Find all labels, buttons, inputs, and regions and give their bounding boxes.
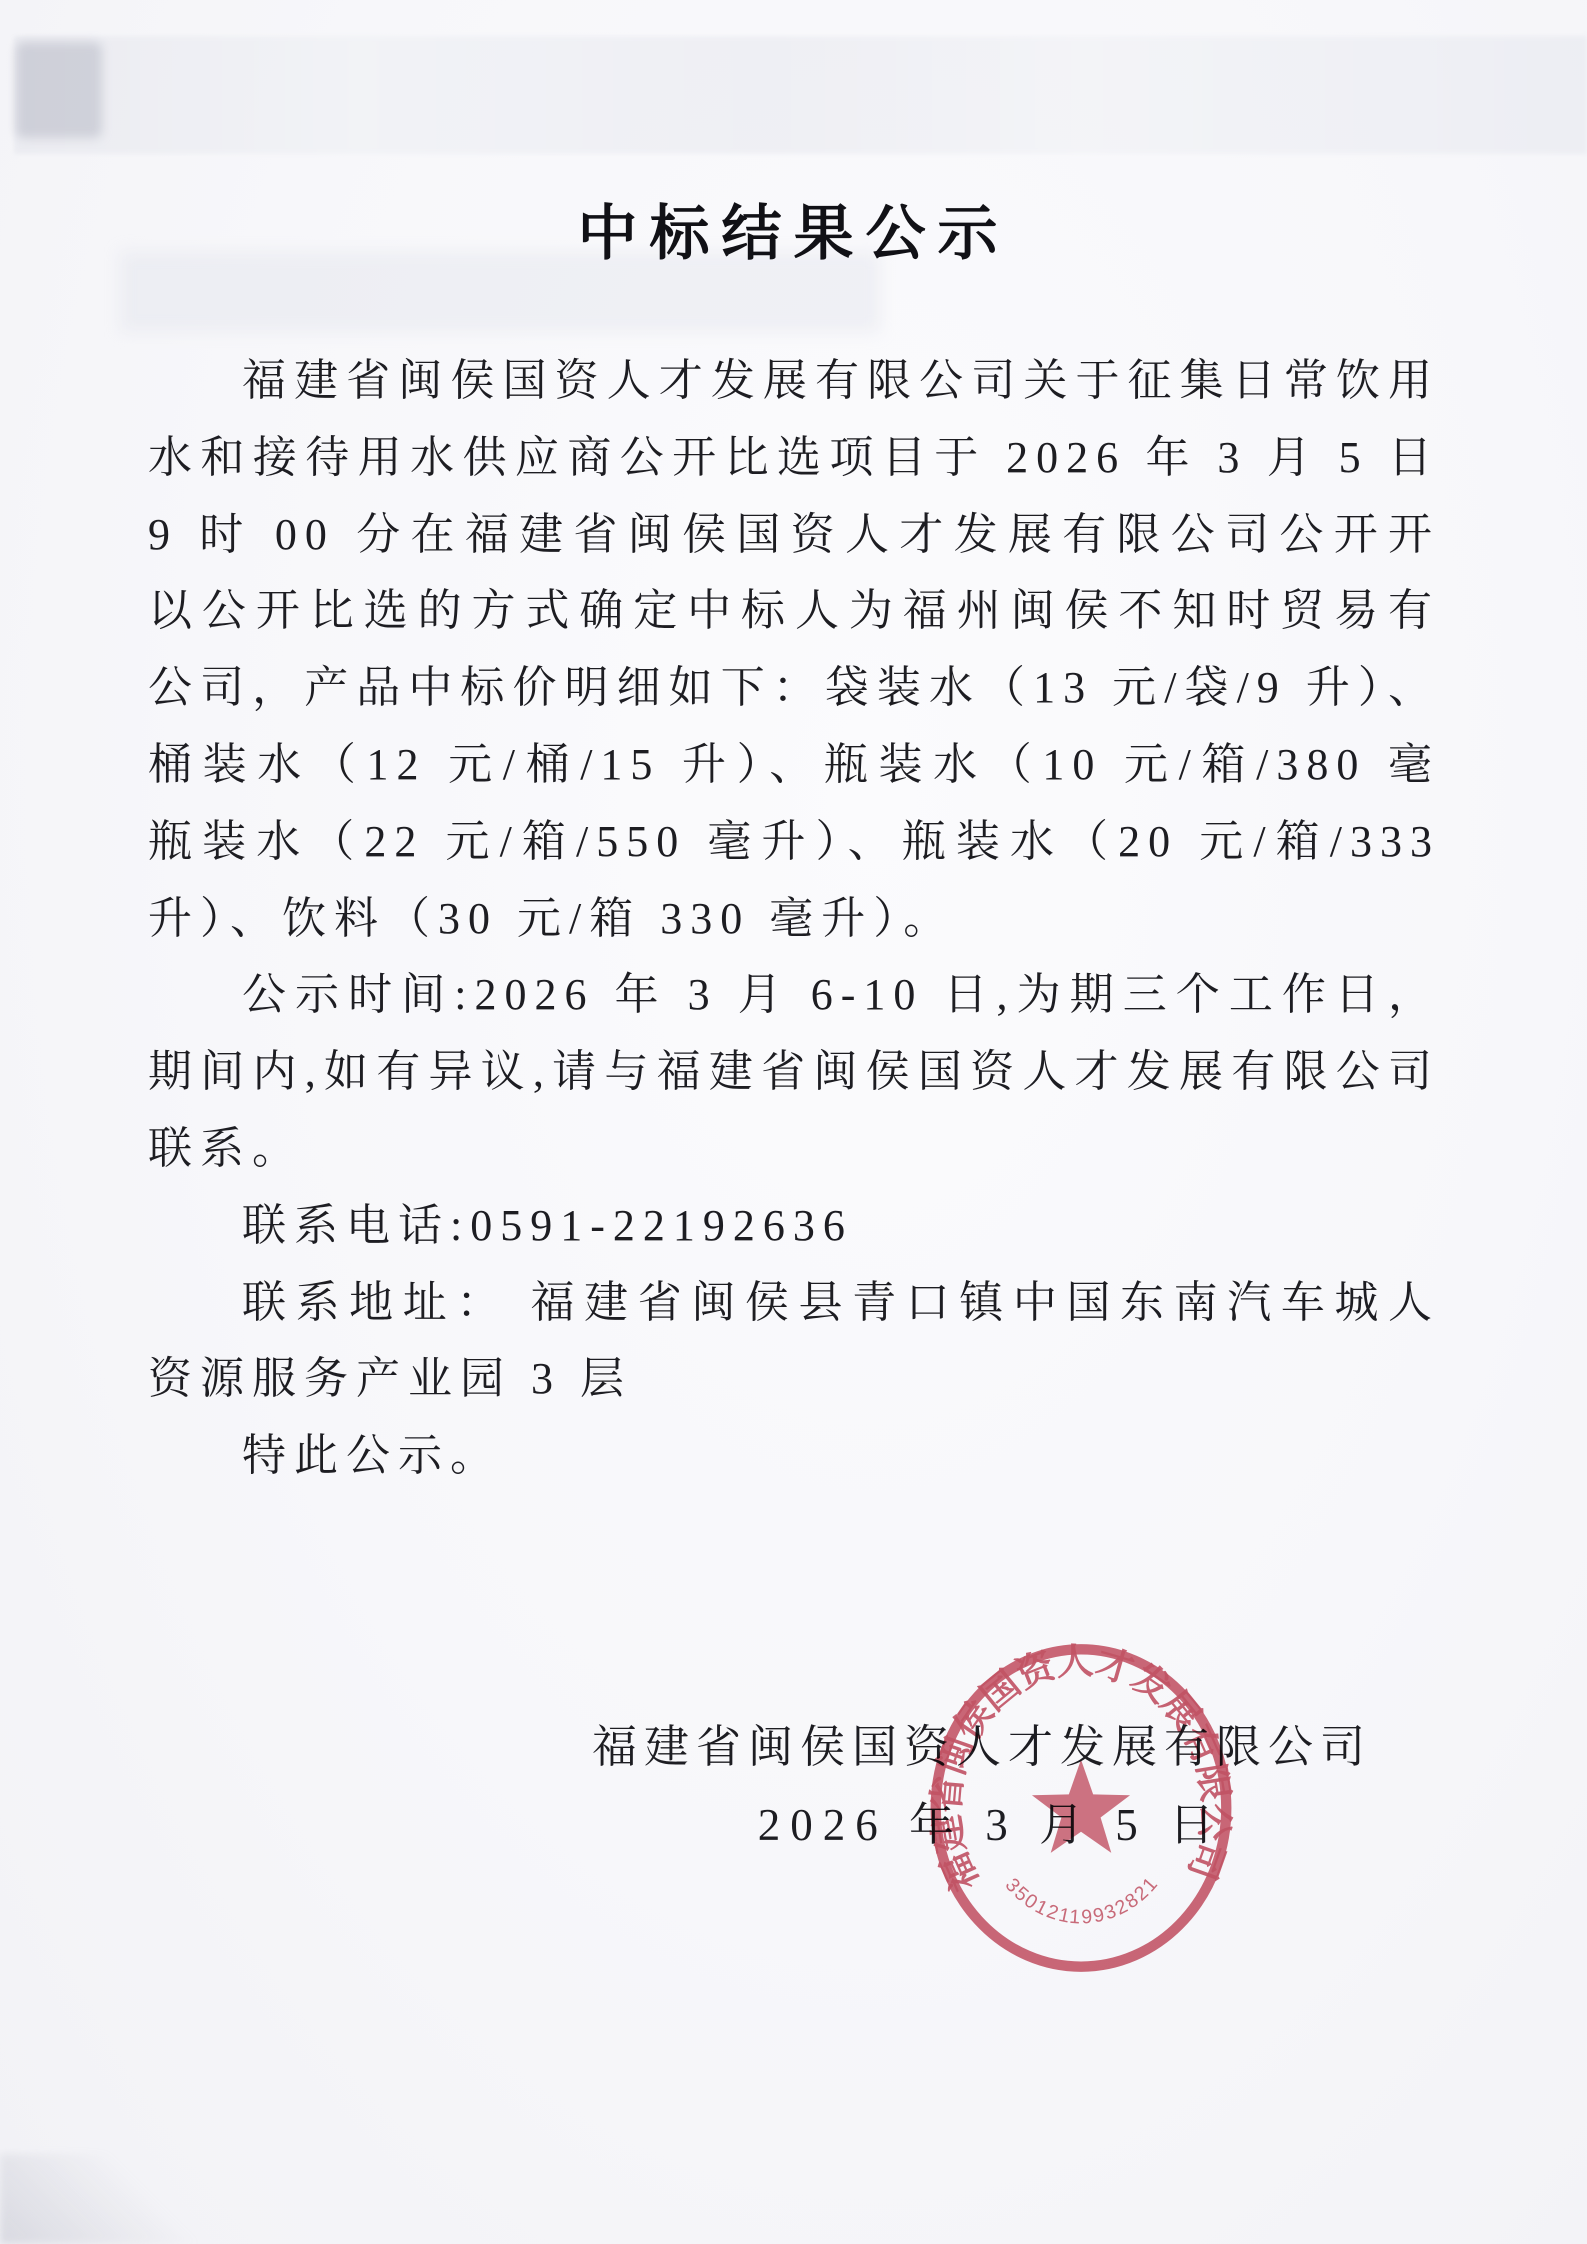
scan-artifact-smudge	[16, 42, 102, 138]
scan-artifact-top-band	[14, 36, 1587, 154]
body-line: 瓶装水（22 元/箱/550 毫升）、瓶装水（20 元/箱/333 毫	[148, 804, 1440, 881]
body-line: 以公开比选的方式确定中标人为福州闽侯不知时贸易有限	[148, 573, 1440, 650]
body-line: 9 时 00 分在福建省闽侯国资人才发展有限公司公开开标，	[148, 497, 1440, 574]
scan-artifact-corner	[0, 2154, 220, 2244]
seal-serial-text: 35012119932821	[1001, 1873, 1162, 1928]
body-line: 水和接待用水供应商公开比选项目于 2026 年 3 月 5 日上午	[148, 420, 1440, 497]
star-icon	[1032, 1760, 1130, 1853]
official-seal: 福建省闽侯国资人才发展有限公司 35012119932821	[925, 1638, 1237, 1978]
seal-serial-text-holder: 35012119932821	[1001, 1873, 1162, 1928]
document-page: 中标结果公示 福建省闽侯国资人才发展有限公司关于征集日常饮用水和接待用水供应商公…	[0, 0, 1587, 2244]
document-body: 福建省闽侯国资人才发展有限公司关于征集日常饮用水和接待用水供应商公开比选项目于 …	[148, 343, 1440, 1495]
body-line: 联系。	[148, 1111, 1440, 1188]
body-line: 联系电话:0591-22192636	[148, 1188, 1440, 1265]
body-line: 公司，产品中标价明细如下：袋装水（13 元/袋/9 升）、	[148, 650, 1440, 727]
page-title: 中标结果公示	[0, 186, 1587, 272]
body-line: 公示时间:2026 年 3 月 6-10 日,为期三个工作日， 在此	[148, 957, 1440, 1034]
body-line: 资源服务产业园 3 层	[148, 1341, 1440, 1418]
body-line: 联系地址： 福建省闽侯县青口镇中国东南汽车城人力	[148, 1265, 1440, 1342]
body-line: 福建省闽侯国资人才发展有限公司关于征集日常饮用	[148, 343, 1440, 420]
body-line: 期间内,如有异议,请与福建省闽侯国资人才发展有限公司	[148, 1034, 1440, 1111]
body-line: 升）、饮料（30 元/箱 330 毫升）。	[148, 881, 1440, 958]
body-line: 特此公示。	[148, 1418, 1440, 1495]
body-line: 桶装水（12 元/桶/15 升）、瓶装水（10 元/箱/380 毫升）、	[148, 727, 1440, 804]
